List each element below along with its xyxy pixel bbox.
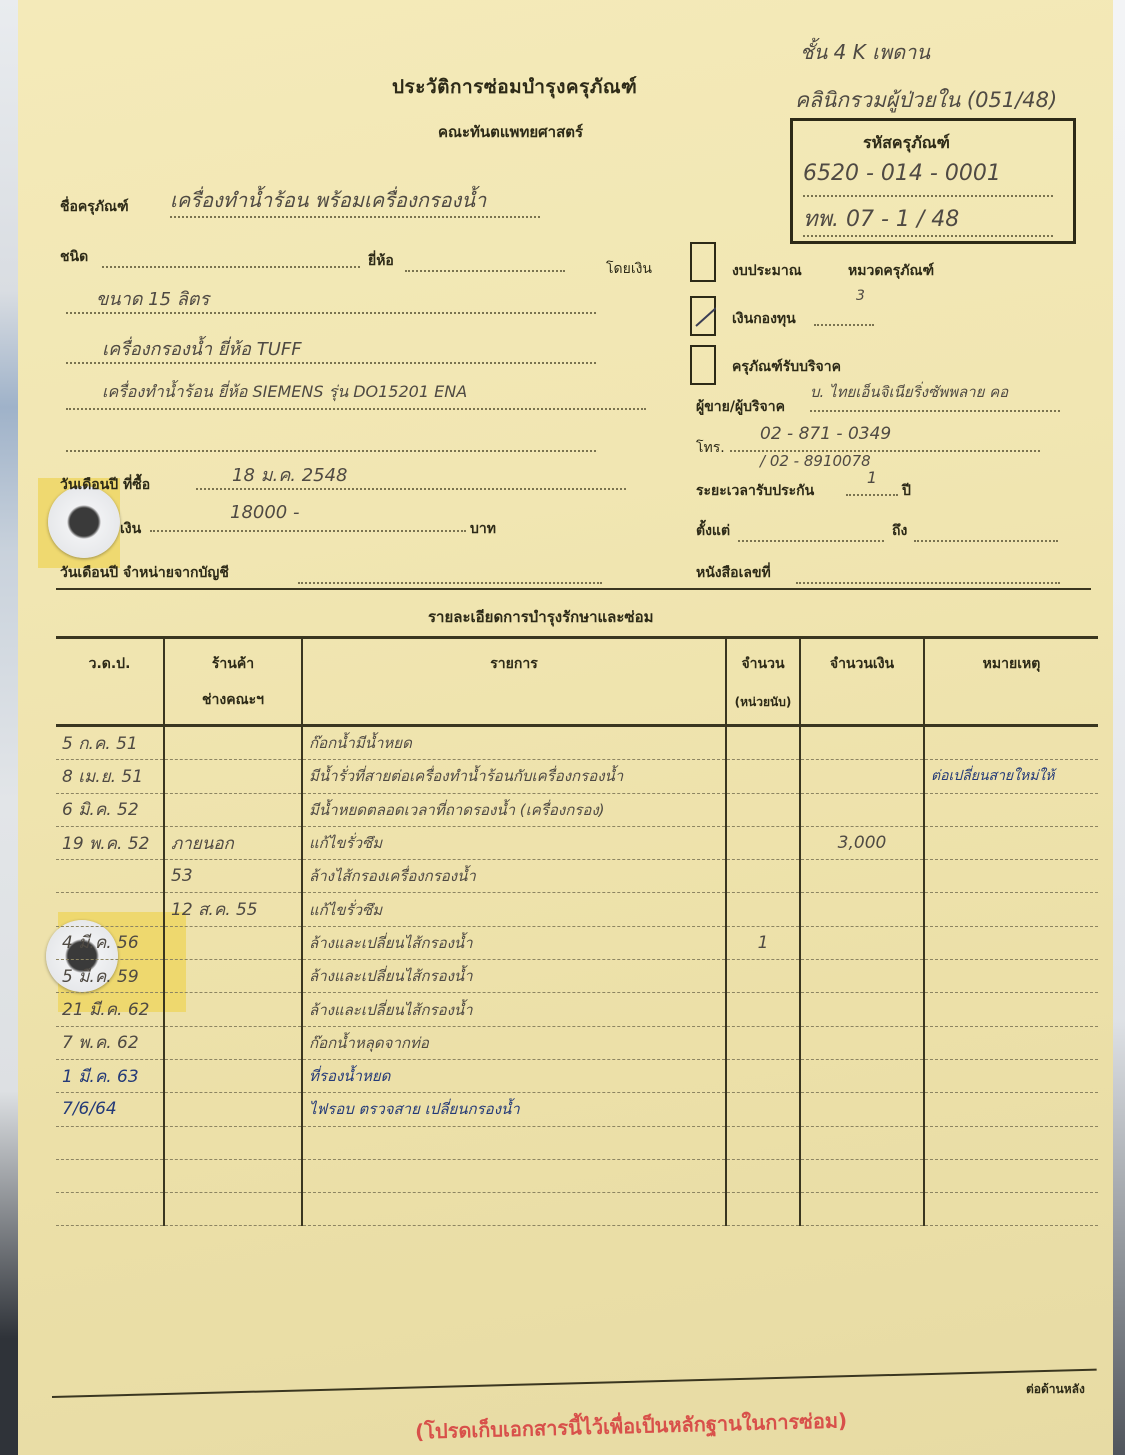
annotation-clinic: คลินิกรวมผู้ป่วยใน (051/48) [795, 84, 1057, 117]
col-header-shop: ร้านค้าช่างคณะฯ [164, 638, 302, 726]
type-label: ชนิด [60, 246, 88, 268]
cell-shop [164, 1059, 302, 1092]
cell-date: 8 เม.ย. 51 [56, 760, 164, 793]
purchase-date-label: วันเดือนปี ที่ซื้อ [60, 474, 150, 496]
cell-shop: ภายนอก [164, 826, 302, 859]
warranty-unit: ปี [902, 480, 911, 502]
table-row [56, 1193, 1098, 1226]
cell-date: 7/6/64 [56, 1093, 164, 1126]
cell-item: มีน้ำหยดตลอดเวลาที่ถาดรองน้ำ (เครื่องกรอ… [302, 793, 726, 826]
cell-date: 4 มี.ค. 56 [56, 926, 164, 959]
cell-shop [164, 1193, 302, 1226]
cell-shop [164, 726, 302, 760]
cell-date [56, 1159, 164, 1192]
cell-amount [800, 893, 924, 926]
price-label-visible: เงิน [120, 518, 141, 540]
cell-amount: 3,000 [800, 826, 924, 859]
table-row: 4 มี.ค. 56ล้างและเปลี่ยนไส้กรองน้ำ1 [56, 926, 1098, 959]
cell-item: ก๊อกน้ำมีน้ำหยด [302, 726, 726, 760]
table-row: 7 พ.ค. 62ก๊อกน้ำหลุดจากท่อ [56, 1026, 1098, 1059]
cell-shop [164, 1126, 302, 1159]
cell-item: แก้ไขรั่วซึม [302, 826, 726, 859]
cell-date: 5 ก.ค. 51 [56, 726, 164, 760]
cell-remark [924, 1026, 1098, 1059]
table-row [56, 1159, 1098, 1192]
table-row: 5 มี.ค. 59ล้างและเปลี่ยนไส้กรองน้ำ [56, 960, 1098, 993]
checkbox-fund[interactable] [690, 296, 716, 336]
cell-date [56, 860, 164, 893]
cell-date: 19 พ.ค. 52 [56, 826, 164, 859]
cell-remark [924, 893, 1098, 926]
table-row [56, 1126, 1098, 1159]
cell-remark: ต่อเปลี่ยนสายใหม่ให้ [924, 760, 1098, 793]
brand-field [405, 260, 565, 272]
asset-code-box: รหัสครุภัณฑ์ 6520 - 014 - 0001 ทพ. 07 - … [790, 118, 1076, 244]
table-row: 12 ส.ค. 55แก้ไขรั่วซึม [56, 893, 1098, 926]
cell-amount [800, 760, 924, 793]
cell-shop [164, 793, 302, 826]
cell-shop [164, 926, 302, 959]
warranty-to-label: ถึง [892, 520, 907, 542]
cell-remark [924, 793, 1098, 826]
table-row: 6 มิ.ค. 52มีน้ำหยดตลอดเวลาที่ถาดรองน้ำ (… [56, 793, 1098, 826]
cell-remark [924, 1059, 1098, 1092]
col-header-date: ว.ด.ป. [56, 638, 164, 726]
cell-qty [726, 793, 800, 826]
col-header-qty: จำนวน(หน่วยนับ) [726, 638, 800, 726]
cell-amount [800, 993, 924, 1026]
cell-item [302, 1193, 726, 1226]
writeoff-date-label: วันเดือนปี จำหน่ายจากบัญชี [60, 562, 229, 584]
cell-item: ล้างไส้กรองเครื่องกรองน้ำ [302, 860, 726, 893]
writeoff-date-field [298, 574, 602, 584]
cell-shop: 12 ส.ค. 55 [164, 893, 302, 926]
cell-amount [800, 960, 924, 993]
cell-qty [726, 826, 800, 859]
cell-amount [800, 1026, 924, 1059]
cell-qty [726, 893, 800, 926]
funding-option-budget: งบประมาณ [732, 260, 802, 282]
cell-amount [800, 793, 924, 826]
cell-item: ไฟรอบ ตรวจสาย เปลี่ยนกรองน้ำ [302, 1093, 726, 1126]
fund-field-line [814, 316, 874, 326]
cell-shop [164, 1159, 302, 1192]
cell-qty [726, 993, 800, 1026]
cell-qty [726, 1159, 800, 1192]
cell-remark [924, 826, 1098, 859]
price-field: 18000 - [150, 502, 466, 532]
cell-date: 5 มี.ค. 59 [56, 960, 164, 993]
type-field [102, 256, 360, 268]
cell-item [302, 1159, 726, 1192]
cell-remark [924, 726, 1098, 760]
warranty-from-label: ตั้งแต่ [696, 520, 730, 542]
cell-remark [924, 993, 1098, 1026]
asset-name-field: เครื่องทำน้ำร้อน พร้อมเครื่องกรองน้ำ [170, 184, 540, 218]
col-header-remark: หมายเหตุ [924, 638, 1098, 726]
warranty-from-field [738, 532, 884, 542]
cell-item: มีน้ำรั่วที่สายต่อเครื่องทำน้ำร้อนกับเคร… [302, 760, 726, 793]
detail-line-4 [66, 422, 596, 452]
col-header-shop-sub: ช่างคณะฯ [166, 689, 300, 711]
table-row: 5 ก.ค. 51ก๊อกน้ำมีน้ำหยด [56, 726, 1098, 760]
table-header-row: ว.ด.ป. ร้านค้าช่างคณะฯ รายการ จำนวน(หน่ว… [56, 638, 1098, 726]
table-row: 7/6/64ไฟรอบ ตรวจสาย เปลี่ยนกรองน้ำ [56, 1093, 1098, 1126]
cell-item: ล้างและเปลี่ยนไส้กรองน้ำ [302, 960, 726, 993]
doc-number-field [796, 574, 1060, 584]
cell-item: ล้างและเปลี่ยนไส้กรองน้ำ [302, 993, 726, 1026]
asset-name-label: ชื่อครุภัณฑ์ [60, 196, 129, 218]
cell-shop [164, 960, 302, 993]
checkbox-budget[interactable] [690, 242, 716, 282]
cell-date: 7 พ.ค. 62 [56, 1026, 164, 1059]
cell-qty: 1 [726, 926, 800, 959]
table-body: 5 ก.ค. 51ก๊อกน้ำมีน้ำหยด8 เม.ย. 51มีน้ำร… [56, 726, 1098, 1226]
cell-qty [726, 1059, 800, 1092]
col-header-item: รายการ [302, 638, 726, 726]
cell-amount [800, 1159, 924, 1192]
cell-item [302, 1126, 726, 1159]
table-row: 8 เม.ย. 51มีน้ำรั่วที่สายต่อเครื่องทำน้ำ… [56, 760, 1098, 793]
cell-qty [726, 760, 800, 793]
fund-value: 3 [856, 288, 865, 304]
cell-date: 21 มี.ค. 62 [56, 993, 164, 1026]
detail-line-1: ขนาด 15 ลิตร [66, 284, 596, 314]
funding-option-fund: เงินกองทุน [732, 308, 796, 330]
annotation-location: ชั้น 4 K เพดาน [800, 36, 930, 68]
col-header-qty-sub: (หน่วยนับ) [728, 693, 798, 712]
brand-label: ยี่ห้อ [368, 250, 394, 272]
asset-code-2: ทพ. 07 - 1 / 48 [803, 201, 1053, 237]
phone-field-1: 02 - 871 - 0349 [730, 424, 1040, 452]
cell-remark [924, 960, 1098, 993]
cell-date [56, 1126, 164, 1159]
cell-qty [726, 1193, 800, 1226]
col-header-shop-label: ร้านค้า [212, 656, 254, 672]
category-label: หมวดครุภัณฑ์ [848, 260, 934, 282]
purchase-date-field: 18 ม.ค. 2548 [196, 460, 626, 490]
continue-note: ต่อด้านหลัง [1026, 1380, 1085, 1399]
vendor-field: บ. ไทยเอ็นจิเนียริ่งซัพพลาย คอ [810, 380, 1060, 412]
cell-item: ล้างและเปลี่ยนไส้กรองน้ำ [302, 926, 726, 959]
col-header-amount-label: จำนวนเงิน [830, 656, 894, 672]
section-title: รายละเอียดการบำรุงรักษาและซ่อม [428, 605, 654, 629]
cell-qty [726, 1126, 800, 1159]
check-mark-icon [690, 296, 716, 336]
cell-amount [800, 1126, 924, 1159]
col-header-item-label: รายการ [490, 656, 537, 672]
cell-qty [726, 726, 800, 760]
cell-qty [726, 1026, 800, 1059]
cell-amount [800, 1059, 924, 1092]
price-unit: บาท [470, 518, 496, 540]
warranty-label: ระยะเวลารับประกัน [696, 480, 814, 502]
cell-amount [800, 1193, 924, 1226]
cell-amount [800, 860, 924, 893]
cell-date: 6 มิ.ค. 52 [56, 793, 164, 826]
cell-item: ก๊อกน้ำหลุดจากท่อ [302, 1026, 726, 1059]
form-subtitle: คณะทันตแพทยศาสตร์ [438, 120, 583, 144]
cell-remark [924, 926, 1098, 959]
form-title: ประวัติการซ่อมบำรุงครุภัณฑ์ [392, 72, 637, 102]
cell-remark [924, 1093, 1098, 1126]
vendor-label: ผู้ขาย/ผู้บริจาค [696, 396, 785, 418]
cell-remark [924, 1159, 1098, 1192]
cell-item: แก้ไขรั่วซึม [302, 893, 726, 926]
table-row: 19 พ.ค. 52ภายนอกแก้ไขรั่วซึม3,000 [56, 826, 1098, 859]
asset-code-label: รหัสครุภัณฑ์ [863, 131, 950, 156]
cell-amount [800, 926, 924, 959]
cell-shop [164, 1026, 302, 1059]
cell-amount [800, 1093, 924, 1126]
detail-line-2: เครื่องกรองน้ำ ยี่ห้อ TUFF [66, 334, 596, 364]
cell-date [56, 1193, 164, 1226]
table-row: 21 มี.ค. 62ล้างและเปลี่ยนไส้กรองน้ำ [56, 993, 1098, 1026]
cell-shop: 53 [164, 860, 302, 893]
cell-date [56, 893, 164, 926]
cell-date: 1 มี.ค. 63 [56, 1059, 164, 1092]
cell-remark [924, 860, 1098, 893]
checkbox-donation[interactable] [690, 345, 716, 385]
maintenance-table: ว.ด.ป. ร้านค้าช่างคณะฯ รายการ จำนวน(หน่ว… [56, 636, 1098, 1226]
cell-qty [726, 1093, 800, 1126]
detail-line-3: เครื่องทำน้ำร้อน ยี่ห้อ SIEMENS รุ่น DO1… [66, 380, 646, 410]
asset-code-1: 6520 - 014 - 0001 [803, 161, 1053, 197]
phone-label: โทร. [696, 437, 725, 459]
funding-option-donation: ครุภัณฑ์รับบริจาค [732, 356, 841, 378]
table-row: 1 มี.ค. 63ที่รองน้ำหยด [56, 1059, 1098, 1092]
doc-number-label: หนังสือเลขที่ [696, 562, 771, 584]
cell-qty [726, 860, 800, 893]
cell-remark [924, 1193, 1098, 1226]
table-row: 53ล้างไส้กรองเครื่องกรองน้ำ [56, 860, 1098, 893]
col-header-qty-label: จำนวน [741, 656, 784, 672]
cell-shop [164, 1093, 302, 1126]
warranty-to-field [914, 532, 1058, 542]
cell-qty [726, 960, 800, 993]
warranty-field: 1 [846, 468, 898, 496]
cell-item: ที่รองน้ำหยด [302, 1059, 726, 1092]
cell-shop [164, 760, 302, 793]
section-divider [56, 588, 1091, 590]
funding-label: โดยเงิน [606, 258, 652, 280]
cell-shop [164, 993, 302, 1026]
cell-remark [924, 1126, 1098, 1159]
col-header-remark-label: หมายเหตุ [983, 656, 1041, 672]
cell-amount [800, 726, 924, 760]
col-header-date-label: ว.ด.ป. [89, 656, 131, 672]
col-header-amount: จำนวนเงิน [800, 638, 924, 726]
